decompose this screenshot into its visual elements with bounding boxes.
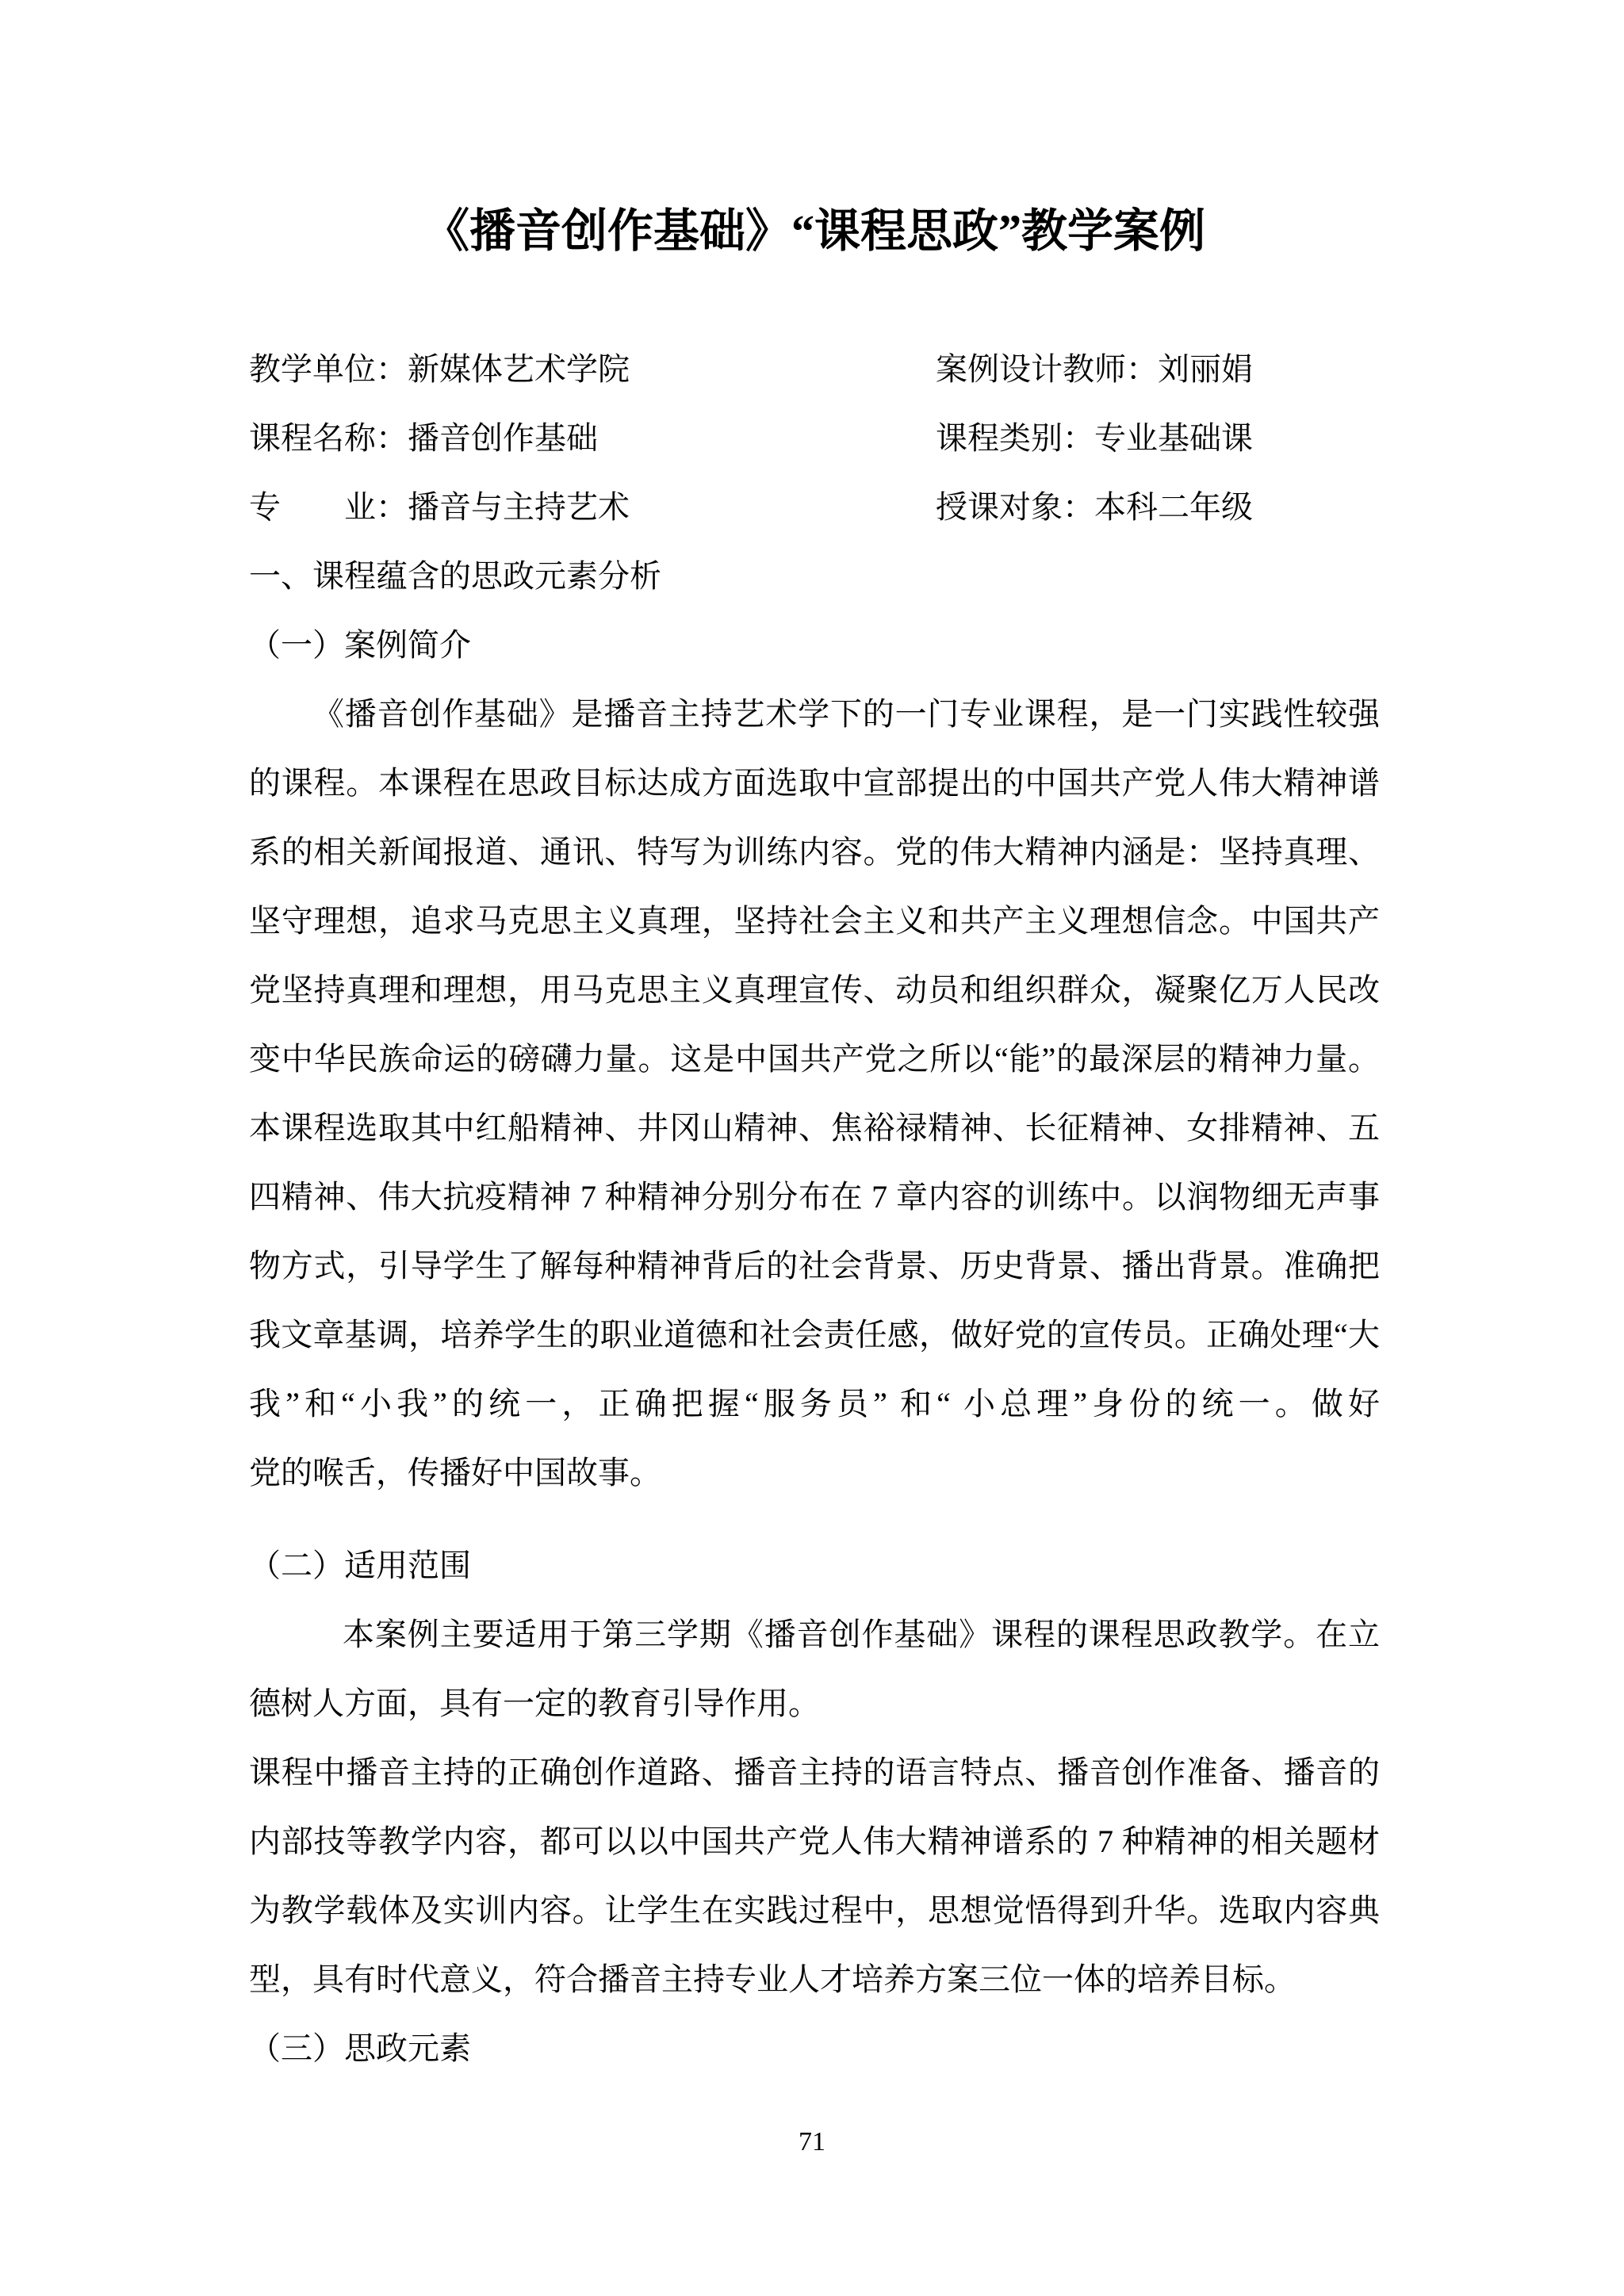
meta-field-right: 授课对象：本科二年级 xyxy=(936,473,1380,541)
text-line: 四精神、伟大抗疫精神 7 种精神分别分布在 7 章内容的训练中。以润物细无声事 xyxy=(249,1162,1380,1231)
text-line: 内部技等教学内容，都可以以中国共产党人伟大精神谱系的 7 种精神的相关题材 xyxy=(249,1807,1380,1876)
meta-field-left: 教学单位：新媒体艺术学院 xyxy=(249,335,936,404)
meta-field-left: 专 业：播音与主持艺术 xyxy=(249,473,936,541)
text-line: 我”和“小我”的统一，正确把握“服务员” 和“ 小总理”身份的统一。做好 xyxy=(249,1369,1380,1438)
meta-row: 专 业：播音与主持艺术 授课对象：本科二年级 xyxy=(249,473,1380,541)
text-line: 《播音创作基础》是播音主持艺术学下的一门专业课程，是一门实践性较强 xyxy=(249,679,1380,748)
document-page: 《播音创作基础》“课程思政”教学案例 教学单位：新媒体艺术学院 案例设计教师：刘… xyxy=(0,0,1624,2296)
text-line: 德树人方面，具有一定的教育引导作用。 xyxy=(249,1669,1380,1738)
meta-row: 课程名称：播音创作基础 课程类别：专业基础课 xyxy=(249,404,1380,473)
section-1-heading: 一、课程蕴含的思政元素分析 xyxy=(249,541,1380,610)
meta-field-right: 案例设计教师：刘丽娟 xyxy=(936,335,1380,404)
text-line: 为教学载体及实训内容。让学生在实践过程中，思想觉悟得到升华。选取内容典 xyxy=(249,1876,1380,1945)
text-line: 的课程。本课程在思政目标达成方面选取中宣部提出的中国共产党人伟大精神谱 xyxy=(249,748,1380,817)
text-line: 物方式，引导学生了解每种精神背后的社会背景、历史背景、播出背景。准确把 xyxy=(249,1231,1380,1300)
text-line: 型，具有时代意义，符合播音主持专业人才培养方案三位一体的培养目标。 xyxy=(249,1945,1380,2014)
page-title: 《播音创作基础》“课程思政”教学案例 xyxy=(249,0,1380,263)
case-intro-paragraph: 《播音创作基础》是播音主持艺术学下的一门专业课程，是一门实践性较强的课程。本课程… xyxy=(249,679,1380,1507)
text-line: 本课程选取其中红船精神、井冈山精神、焦裕禄精神、长征精神、女排精神、五 xyxy=(249,1093,1380,1162)
page-number: 71 xyxy=(0,2126,1624,2158)
text-line: 本案例主要适用于第三学期《播音创作基础》课程的课程思政教学。在立 xyxy=(249,1600,1380,1669)
text-line: 党的喉舌，传播好中国故事。 xyxy=(249,1438,1380,1507)
meta-field-right: 课程类别：专业基础课 xyxy=(936,404,1380,473)
meta-row: 教学单位：新媒体艺术学院 案例设计教师：刘丽娟 xyxy=(249,335,1380,404)
text-line: 坚守理想，追求马克思主义真理，坚持社会主义和共产主义理想信念。中国共产 xyxy=(249,886,1380,955)
text-line: 我文章基调，培养学生的职业道德和社会责任感，做好党的宣传员。正确处理“大 xyxy=(249,1300,1380,1369)
subsection-1-1-heading: （一）案例简介 xyxy=(249,610,1380,679)
text-line: 党坚持真理和理想，用马克思主义真理宣传、动员和组织群众，凝聚亿万人民改 xyxy=(249,955,1380,1024)
spacer xyxy=(249,1507,1380,1531)
text-line: 系的相关新闻报道、通讯、特写为训练内容。党的伟大精神内涵是：坚持真理、 xyxy=(249,817,1380,886)
text-line: 变中华民族命运的磅礴力量。这是中国共产党之所以“能”的最深层的精神力量。 xyxy=(249,1024,1380,1093)
meta-field-left: 课程名称：播音创作基础 xyxy=(249,404,936,473)
course-meta: 教学单位：新媒体艺术学院 案例设计教师：刘丽娟 课程名称：播音创作基础 课程类别… xyxy=(249,335,1380,541)
subsection-1-3-heading: （三）思政元素 xyxy=(249,2014,1380,2083)
applicable-scope-paragraph: 本案例主要适用于第三学期《播音创作基础》课程的课程思政教学。在立德树人方面，具有… xyxy=(249,1600,1380,1738)
text-line: 课程中播音主持的正确创作道路、播音主持的语言特点、播音创作准备、播音的 xyxy=(249,1738,1380,1807)
document-content: 《播音创作基础》“课程思政”教学案例 教学单位：新媒体艺术学院 案例设计教师：刘… xyxy=(249,0,1380,2083)
subsection-1-2-heading: （二）适用范围 xyxy=(249,1531,1380,1600)
course-content-paragraph: 课程中播音主持的正确创作道路、播音主持的语言特点、播音创作准备、播音的内部技等教… xyxy=(249,1738,1380,2014)
